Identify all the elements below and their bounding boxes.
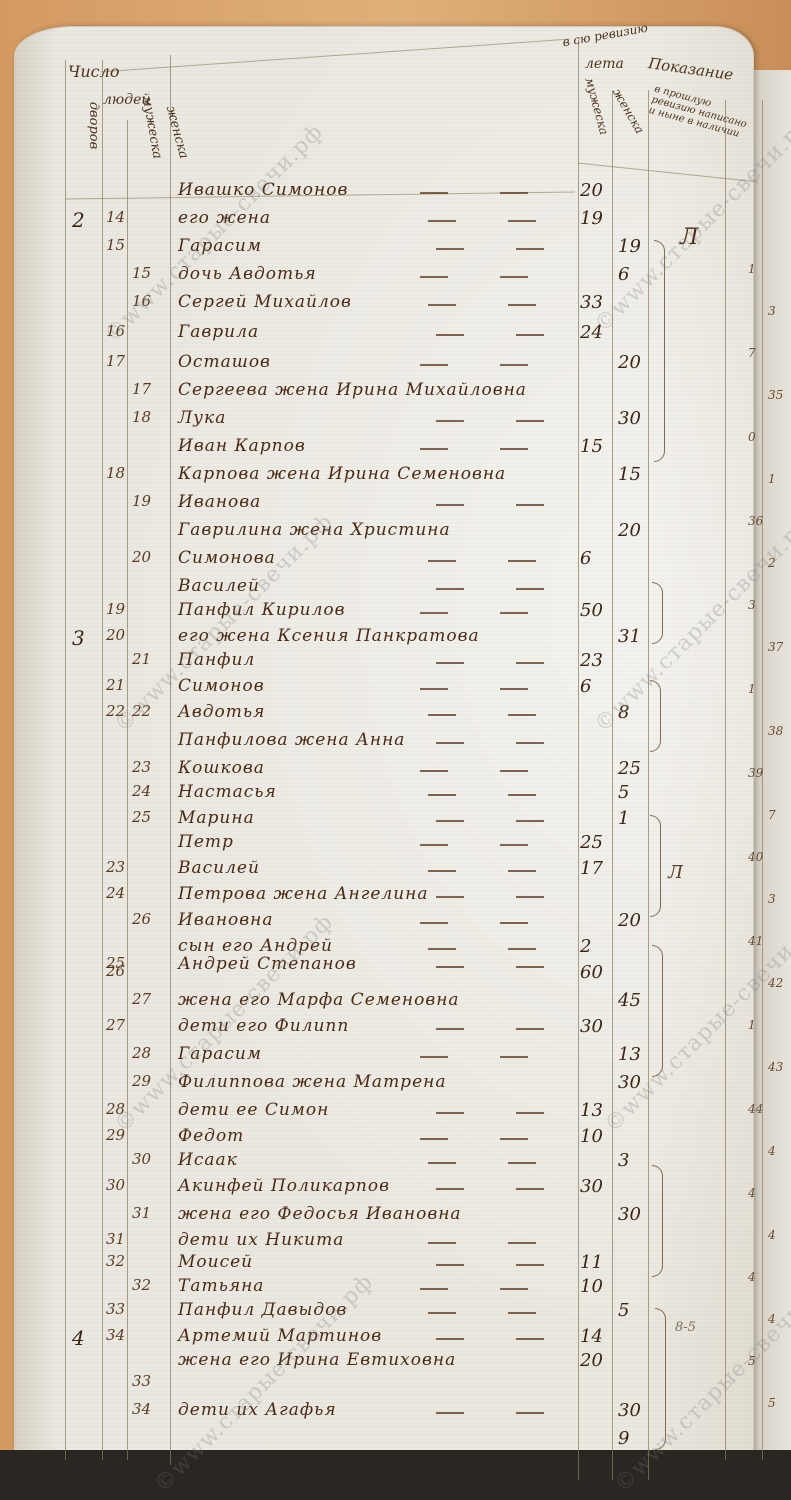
filler-dash (500, 922, 528, 924)
register-entry: дети его Филипп (178, 1016, 349, 1036)
age-male: 50 (580, 600, 603, 621)
filler-dash (428, 948, 456, 950)
male-count: 26 (106, 962, 125, 980)
male-count: 33 (106, 1300, 125, 1318)
female-count: 27 (132, 990, 151, 1008)
age-female: 30 (618, 1400, 641, 1421)
filler-dash (428, 304, 456, 306)
register-entry: Ивановна (178, 910, 274, 930)
female-count: 18 (132, 408, 151, 426)
filler-dash (428, 1162, 456, 1164)
filler-dash (436, 504, 464, 506)
filler-dash (500, 688, 528, 690)
margin-number: 1 (748, 682, 756, 696)
register-entry: Панфил (178, 650, 255, 670)
age-male: 19 (580, 208, 603, 229)
filler-dash (436, 248, 464, 250)
register-entry: жена его Марфа Семеновна (178, 990, 460, 1010)
filler-dash (500, 1056, 528, 1058)
register-entry: Панфилова жена Анна (178, 730, 405, 750)
filler-dash (508, 304, 536, 306)
rule-col-note (648, 90, 649, 1480)
register-entry: Филиппова жена Матрена (178, 1072, 446, 1092)
filler-dash (436, 1412, 464, 1414)
register-entry: жена его Федосья Ивановна (178, 1204, 462, 1224)
filler-dash (428, 220, 456, 222)
filler-dash (436, 896, 464, 898)
female-count: 21 (132, 650, 151, 668)
age-female: 20 (618, 910, 641, 931)
filler-dash (516, 820, 544, 822)
margin-number: 39 (748, 766, 763, 780)
filler-dash (516, 896, 544, 898)
female-count: 30 (132, 1150, 151, 1168)
age-male: 15 (580, 436, 603, 457)
age-male: 20 (580, 180, 603, 201)
filler-dash (420, 1138, 448, 1140)
age-female: 45 (618, 990, 641, 1011)
male-count: 34 (106, 1326, 125, 1344)
male-count: 14 (106, 208, 125, 226)
filler-dash (436, 1264, 464, 1266)
register-entry: Артемий Мартинов (178, 1326, 382, 1346)
age-male: 2 (580, 936, 591, 957)
age-female: 6 (618, 264, 629, 285)
margin-number: 1 (748, 262, 756, 276)
filler-dash (516, 966, 544, 968)
filler-dash (508, 794, 536, 796)
age-female: 25 (618, 758, 641, 779)
female-count: 31 (132, 1204, 151, 1222)
margin-number: 2 (768, 556, 776, 570)
margin-number: 4 (748, 1270, 756, 1284)
filler-dash (436, 1188, 464, 1190)
filler-dash (508, 1162, 536, 1164)
margin-number: 7 (768, 808, 776, 822)
filler-dash (428, 1312, 456, 1314)
age-female: 30 (618, 408, 641, 429)
age-female: 5 (618, 782, 629, 803)
filler-dash (500, 364, 528, 366)
male-count: 20 (106, 626, 125, 644)
filler-dash (436, 1028, 464, 1030)
filler-dash (436, 420, 464, 422)
age-female: 5 (618, 1300, 629, 1321)
filler-dash (428, 794, 456, 796)
margin-number: 4 (748, 1186, 756, 1200)
female-count: 33 (132, 1372, 151, 1390)
brace-note: Л (680, 225, 698, 250)
filler-dash (420, 364, 448, 366)
register-entry: Акинфей Поликарпов (178, 1176, 390, 1196)
filler-dash (516, 1338, 544, 1340)
margin-number: 4 (768, 1312, 776, 1326)
register-entry: Иван Карпов (178, 436, 306, 456)
register-entry: Авдотья (178, 702, 265, 722)
register-entry: Татьяна (178, 1276, 264, 1296)
male-count: 32 (106, 1252, 125, 1270)
rule-col-age-female (612, 90, 613, 1480)
filler-dash (508, 948, 536, 950)
filler-dash (436, 742, 464, 744)
register-entry: Настасья (178, 782, 277, 802)
register-entry: жена его Ирина Евтиховна (178, 1350, 456, 1370)
age-male: 24 (580, 322, 603, 343)
female-count: 25 (132, 808, 151, 826)
male-count: 19 (106, 600, 125, 618)
margin-number: 35 (768, 388, 783, 402)
age-male: 25 (580, 832, 603, 853)
register-entry: Осташов (178, 352, 271, 372)
household-number: 4 (72, 1326, 85, 1350)
rule-col-female (127, 120, 128, 1460)
filler-dash (428, 714, 456, 716)
age-female: 31 (618, 626, 641, 647)
age-male: 23 (580, 650, 603, 671)
register-entry: Гарасим (178, 1044, 262, 1064)
male-count: 29 (106, 1126, 125, 1144)
female-count: 17 (132, 380, 151, 398)
register-entry: сын его Андрей (178, 936, 333, 956)
filler-dash (420, 688, 448, 690)
age-female: 13 (618, 1044, 641, 1065)
age-male: 30 (580, 1016, 603, 1037)
register-entry: Гаврила (178, 322, 259, 342)
female-count: 19 (132, 492, 151, 510)
filler-dash (436, 334, 464, 336)
margin-number: 7 (748, 346, 756, 360)
grouping-brace (652, 1165, 663, 1277)
margin-number: 37 (768, 640, 783, 654)
filler-dash (420, 192, 448, 194)
register-entry: Симонова (178, 548, 276, 568)
header-households: дворов (86, 102, 101, 149)
male-count: 18 (106, 464, 125, 482)
filler-dash (420, 770, 448, 772)
age-female: 30 (618, 1204, 641, 1225)
male-count: 24 (106, 884, 125, 902)
filler-dash (516, 1264, 544, 1266)
register-entry: Василей (178, 858, 260, 878)
register-entry: Иванова (178, 492, 261, 512)
male-count: 21 (106, 676, 125, 694)
filler-dash (516, 1028, 544, 1030)
male-count: 17 (106, 352, 125, 370)
filler-dash (436, 820, 464, 822)
female-count: 29 (132, 1072, 151, 1090)
age-female: 20 (618, 520, 641, 541)
margin-number: 3 (748, 598, 756, 612)
filler-dash (420, 1288, 448, 1290)
register-entry: Моисей (178, 1252, 253, 1272)
filler-dash (428, 560, 456, 562)
filler-dash (436, 1338, 464, 1340)
rule-col-age-male (578, 40, 579, 1480)
register-entry: дети ее Симон (178, 1100, 329, 1120)
female-count: 23 (132, 758, 151, 776)
filler-dash (500, 770, 528, 772)
age-female: 3 (618, 1150, 629, 1171)
household-number: 2 (72, 208, 85, 232)
rule-col-male (102, 60, 103, 1460)
age-female: 9 (618, 1428, 629, 1449)
male-count: 15 (106, 236, 125, 254)
margin-number: 36 (748, 514, 763, 528)
register-entry: его жена Ксения Панкратова (178, 626, 480, 646)
filler-dash (516, 1412, 544, 1414)
grouping-brace (654, 240, 665, 462)
female-count: 26 (132, 910, 151, 928)
grouping-brace (650, 815, 661, 917)
age-female: 30 (618, 1072, 641, 1093)
age-male: 10 (580, 1276, 603, 1297)
male-count: 28 (106, 1100, 125, 1118)
margin-number: 1 (748, 1018, 756, 1032)
register-entry: Исаак (178, 1150, 238, 1170)
grouping-brace (652, 945, 663, 1077)
register-entry: его жена (178, 208, 271, 228)
female-count: 34 (132, 1400, 151, 1418)
brace-note: 8-5 (675, 1320, 696, 1335)
filler-dash (436, 966, 464, 968)
filler-dash (516, 1188, 544, 1190)
margin-number: 44 (748, 1102, 763, 1116)
age-male: 13 (580, 1100, 603, 1121)
age-male: 33 (580, 292, 603, 313)
household-number: 3 (72, 626, 85, 650)
age-male: 30 (580, 1176, 603, 1197)
male-count: 16 (106, 322, 125, 340)
filler-dash (420, 276, 448, 278)
filler-dash (500, 448, 528, 450)
age-male: 10 (580, 1126, 603, 1147)
filler-dash (508, 714, 536, 716)
brace-note: Л (668, 862, 683, 883)
filler-dash (516, 334, 544, 336)
margin-number: 4 (768, 1144, 776, 1158)
register-entry: Гаврилина жена Христина (178, 520, 451, 540)
female-count: 16 (132, 292, 151, 310)
margin-number: 3 (768, 304, 776, 318)
grouping-brace (655, 1308, 666, 1450)
male-count: 27 (106, 1016, 125, 1034)
margin-number: 38 (768, 724, 783, 738)
age-male: 6 (580, 548, 591, 569)
register-entry: Марина (178, 808, 255, 828)
female-count: 22 (132, 702, 151, 720)
filler-dash (508, 560, 536, 562)
margin-number: 5 (748, 1354, 756, 1368)
register-entry: Петр (178, 832, 234, 852)
filler-dash (516, 1112, 544, 1114)
age-female: 1 (618, 808, 629, 829)
header-number-label: Число (68, 62, 119, 81)
female-count: 32 (132, 1276, 151, 1294)
age-female: 8 (618, 702, 629, 723)
filler-dash (420, 448, 448, 450)
filler-dash (420, 922, 448, 924)
filler-dash (436, 1112, 464, 1114)
age-male: 11 (580, 1252, 603, 1273)
register-entry: Карпова жена Ирина Семеновна (178, 464, 506, 484)
age-male: 14 (580, 1326, 603, 1347)
age-male: 20 (580, 1350, 603, 1371)
filler-dash (508, 870, 536, 872)
age-male: 17 (580, 858, 603, 879)
filler-dash (508, 1242, 536, 1244)
female-count: 20 (132, 548, 151, 566)
register-entry: Андрей Степанов (178, 954, 357, 974)
register-entry: Ивашко Симонов (178, 180, 348, 200)
male-count: 31 (106, 1230, 125, 1248)
male-count: 23 (106, 858, 125, 876)
register-entry: Сергей Михайлов (178, 292, 352, 312)
grouping-brace (650, 680, 661, 752)
age-female: 20 (618, 352, 641, 373)
register-entry: дети их Агафья (178, 1400, 337, 1420)
register-entry: дочь Авдотья (178, 264, 317, 284)
register-entry: Симонов (178, 676, 265, 696)
filler-dash (508, 220, 536, 222)
margin-number: 5 (768, 1396, 776, 1410)
register-entry: Василей (178, 576, 260, 596)
filler-dash (516, 588, 544, 590)
filler-dash (508, 1312, 536, 1314)
filler-dash (516, 248, 544, 250)
margin-number: 40 (748, 850, 763, 864)
filler-dash (500, 276, 528, 278)
margin-number: 41 (748, 934, 763, 948)
register-entry: Кошкова (178, 758, 265, 778)
rule-col-names (170, 55, 171, 1465)
age-female: 19 (618, 236, 641, 257)
margin-number: 1 (768, 472, 776, 486)
register-entry: Лука (178, 408, 226, 428)
rule-col-note-end (725, 100, 726, 1460)
filler-dash (516, 420, 544, 422)
filler-dash (500, 612, 528, 614)
filler-dash (516, 504, 544, 506)
filler-dash (420, 612, 448, 614)
filler-dash (428, 870, 456, 872)
filler-dash (500, 1288, 528, 1290)
filler-dash (428, 1242, 456, 1244)
filler-dash (500, 844, 528, 846)
rule-next-page (762, 100, 763, 1460)
filler-dash (500, 192, 528, 194)
age-male: 6 (580, 676, 591, 697)
age-female: 15 (618, 464, 641, 485)
filler-dash (420, 1056, 448, 1058)
margin-number: 0 (748, 430, 756, 444)
grouping-brace (652, 582, 663, 644)
filler-dash (516, 662, 544, 664)
filler-dash (516, 742, 544, 744)
margin-number: 4 (768, 1228, 776, 1242)
female-count: 28 (132, 1044, 151, 1062)
margin-number: 3 (768, 892, 776, 906)
margin-number: 42 (768, 976, 783, 990)
filler-dash (436, 588, 464, 590)
filler-dash (420, 844, 448, 846)
age-male: 60 (580, 962, 603, 983)
register-entry: Гарасим (178, 236, 262, 256)
female-count: 24 (132, 782, 151, 800)
register-entry: Петрова жена Ангелина (178, 884, 429, 904)
filler-dash (500, 1138, 528, 1140)
male-count: 30 (106, 1176, 125, 1194)
margin-number: 43 (768, 1060, 783, 1074)
female-count: 15 (132, 264, 151, 282)
register-entry: Сергеева жена Ирина Михайловна (178, 380, 527, 400)
register-entry: дети их Никита (178, 1230, 344, 1250)
register-entry: Панфил Давыдов (178, 1300, 347, 1320)
rule-col-households (65, 60, 66, 1460)
register-entry: Панфил Кирилов (178, 600, 346, 620)
register-entry: Федот (178, 1126, 244, 1146)
header-years: лета (585, 56, 624, 72)
male-count: 22 (106, 702, 125, 720)
filler-dash (436, 662, 464, 664)
dark-background-bottom (0, 1450, 791, 1500)
